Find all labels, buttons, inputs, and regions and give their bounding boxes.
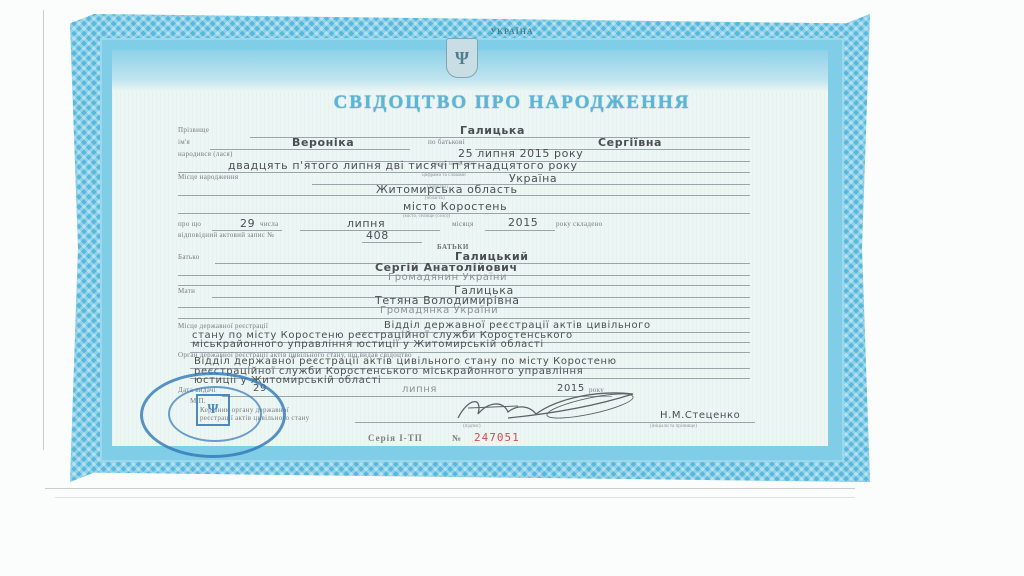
father-citizenship: Громадянин України <box>388 272 507 283</box>
birthplace-label: Місце народження <box>178 173 238 181</box>
father-label: Батько <box>178 253 200 261</box>
seal-trident-icon: Ψ <box>196 394 230 426</box>
child-name: Вероніка <box>292 136 354 149</box>
issue-month: липня <box>402 384 437 395</box>
signature-mark <box>448 388 638 424</box>
serial-number-symbol: № <box>452 433 461 443</box>
entry-number: 408 <box>366 229 389 242</box>
record-prefix-label: про що <box>178 220 201 228</box>
child-surname: Галицька <box>460 124 525 137</box>
name-label: ім'я <box>178 138 190 146</box>
patronymic-label: по батькові <box>428 138 465 146</box>
mother-citizenship: Громадянка України <box>380 305 498 316</box>
official-name: Н.М.Стеценко <box>660 410 740 421</box>
birth-date-label: народився (лася) <box>178 150 233 158</box>
certificate-title: СВІДОЦТВО ПРО НАРОДЖЕННЯ <box>0 92 1024 114</box>
child-patronymic: Сергіївна <box>598 136 662 149</box>
scan-edge-bottom-shadow <box>55 497 855 498</box>
serial-number: 247051 <box>474 431 520 444</box>
mother-label: Мати <box>178 287 195 295</box>
registration-place-line3: міськрайонного управління юстиції у Жито… <box>192 339 544 350</box>
scan-edge-bottom <box>45 488 855 489</box>
country-label: УКРАЇНА <box>0 27 1024 36</box>
birthplace-region: Житомирська область <box>376 183 518 196</box>
record-day: 29 <box>240 217 255 230</box>
birthplace-city: місто Коростень <box>403 200 507 213</box>
surname-label: Прізвище <box>178 126 209 134</box>
entry-label: відповідний актовий запис № <box>178 231 274 239</box>
birth-date-words: двадцять п'ятого липня дві тисячі п'ятна… <box>228 159 578 172</box>
trident-icon: Ψ <box>446 38 478 78</box>
scan-edge-left <box>43 10 44 450</box>
record-year: 2015 <box>508 216 538 229</box>
serial-label: Серія І-ТП <box>368 433 423 443</box>
registration-place-label: Місце державної реєстрації <box>178 322 268 330</box>
